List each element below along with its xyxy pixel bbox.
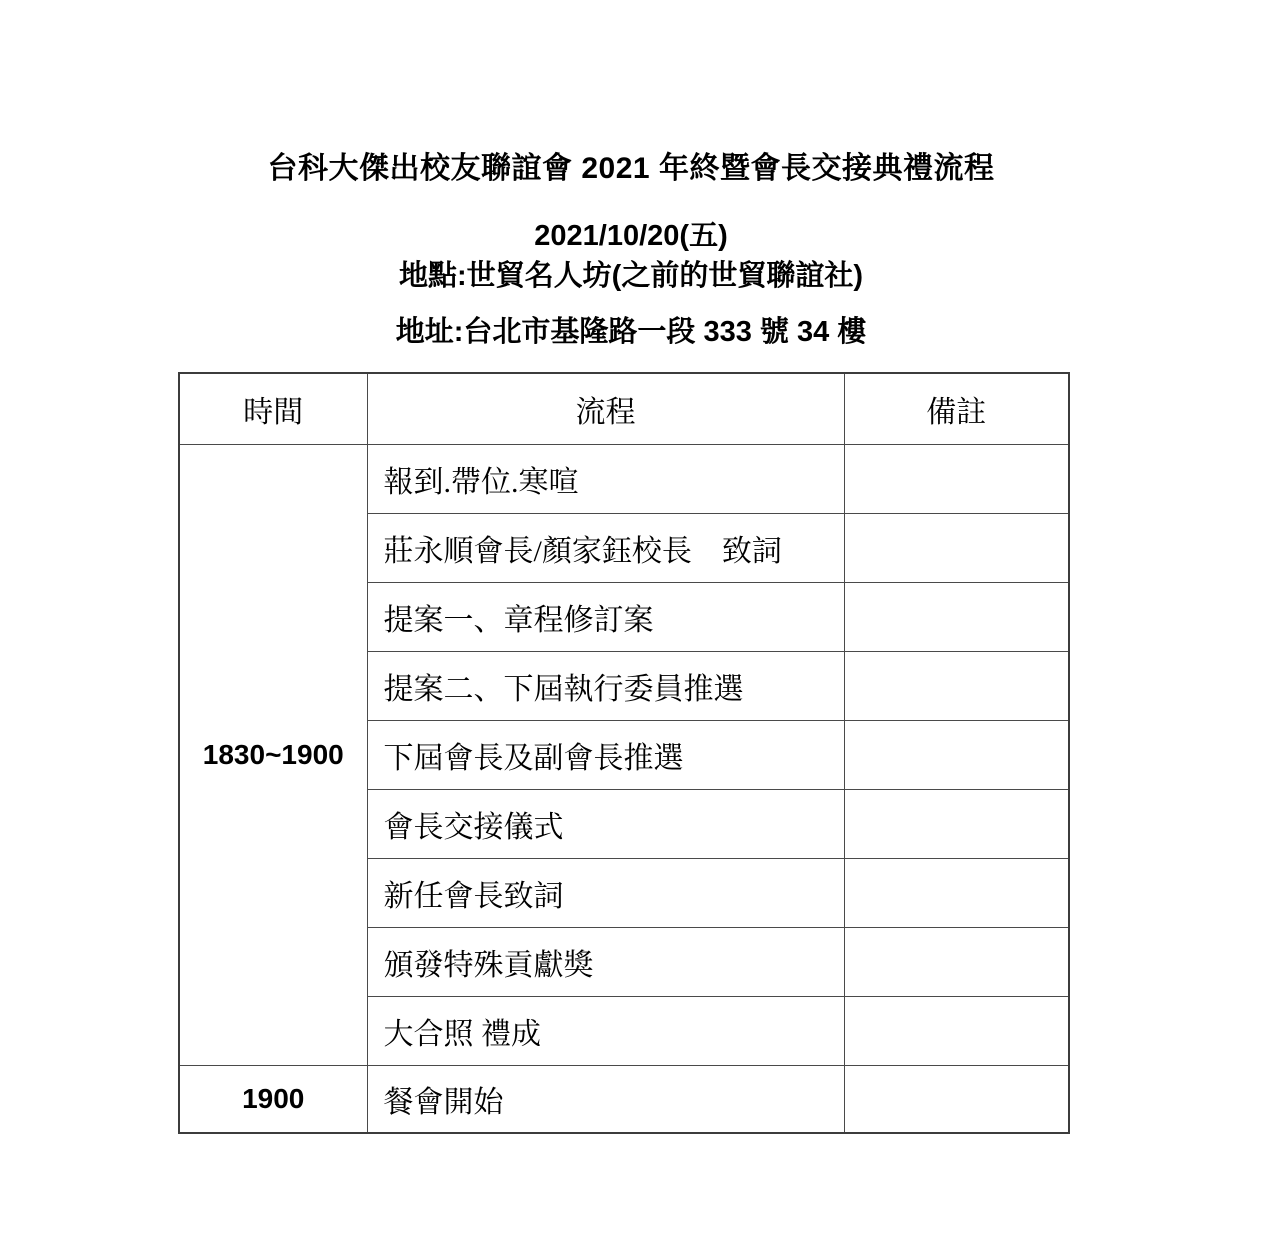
note-cell: [844, 583, 1069, 652]
page-title: 台科大傑出校友聯誼會 2021 年終暨會長交接典禮流程: [0, 148, 1262, 190]
process-cell: 提案一、章程修訂案: [367, 583, 844, 652]
header-process: 流程: [367, 373, 844, 445]
process-cell: 報到.帶位.寒喧: [367, 445, 844, 514]
process-cell: 提案二、下屆執行委員推選: [367, 652, 844, 721]
note-cell: [844, 997, 1069, 1066]
time-cell: 1900: [179, 1066, 367, 1134]
process-cell: 大合照 禮成: [367, 997, 844, 1066]
note-cell: [844, 859, 1069, 928]
event-address: 地址:台北市基隆路一段 333 號 34 樓: [0, 312, 1262, 352]
header-time: 時間: [179, 373, 367, 445]
table-header-row: 時間 流程 備註: [179, 373, 1069, 445]
note-cell: [844, 790, 1069, 859]
note-cell: [844, 928, 1069, 997]
table-row: 1900 餐會開始: [179, 1066, 1069, 1134]
event-date: 2021/10/20(五): [0, 216, 1262, 256]
schedule-table: 時間 流程 備註 1830~1900 報到.帶位.寒喧 莊永順會長/顏家鈺校長 …: [178, 372, 1070, 1134]
note-cell: [844, 721, 1069, 790]
document-page: 台科大傑出校友聯誼會 2021 年終暨會長交接典禮流程 2021/10/20(五…: [0, 0, 1262, 1134]
note-cell: [844, 652, 1069, 721]
process-cell: 會長交接儀式: [367, 790, 844, 859]
header-notes: 備註: [844, 373, 1069, 445]
event-venue: 地點:世貿名人坊(之前的世貿聯誼社): [0, 256, 1262, 296]
note-cell: [844, 1066, 1069, 1134]
time-cell: 1830~1900: [179, 445, 367, 1066]
process-cell: 頒發特殊貢獻獎: [367, 928, 844, 997]
process-cell: 下屆會長及副會長推選: [367, 721, 844, 790]
process-cell: 餐會開始: [367, 1066, 844, 1134]
note-cell: [844, 445, 1069, 514]
process-cell: 新任會長致詞: [367, 859, 844, 928]
event-datetime-location: 2021/10/20(五) 地點:世貿名人坊(之前的世貿聯誼社): [0, 216, 1262, 296]
table-row: 1830~1900 報到.帶位.寒喧: [179, 445, 1069, 514]
note-cell: [844, 514, 1069, 583]
process-cell: 莊永順會長/顏家鈺校長 致詞: [367, 514, 844, 583]
